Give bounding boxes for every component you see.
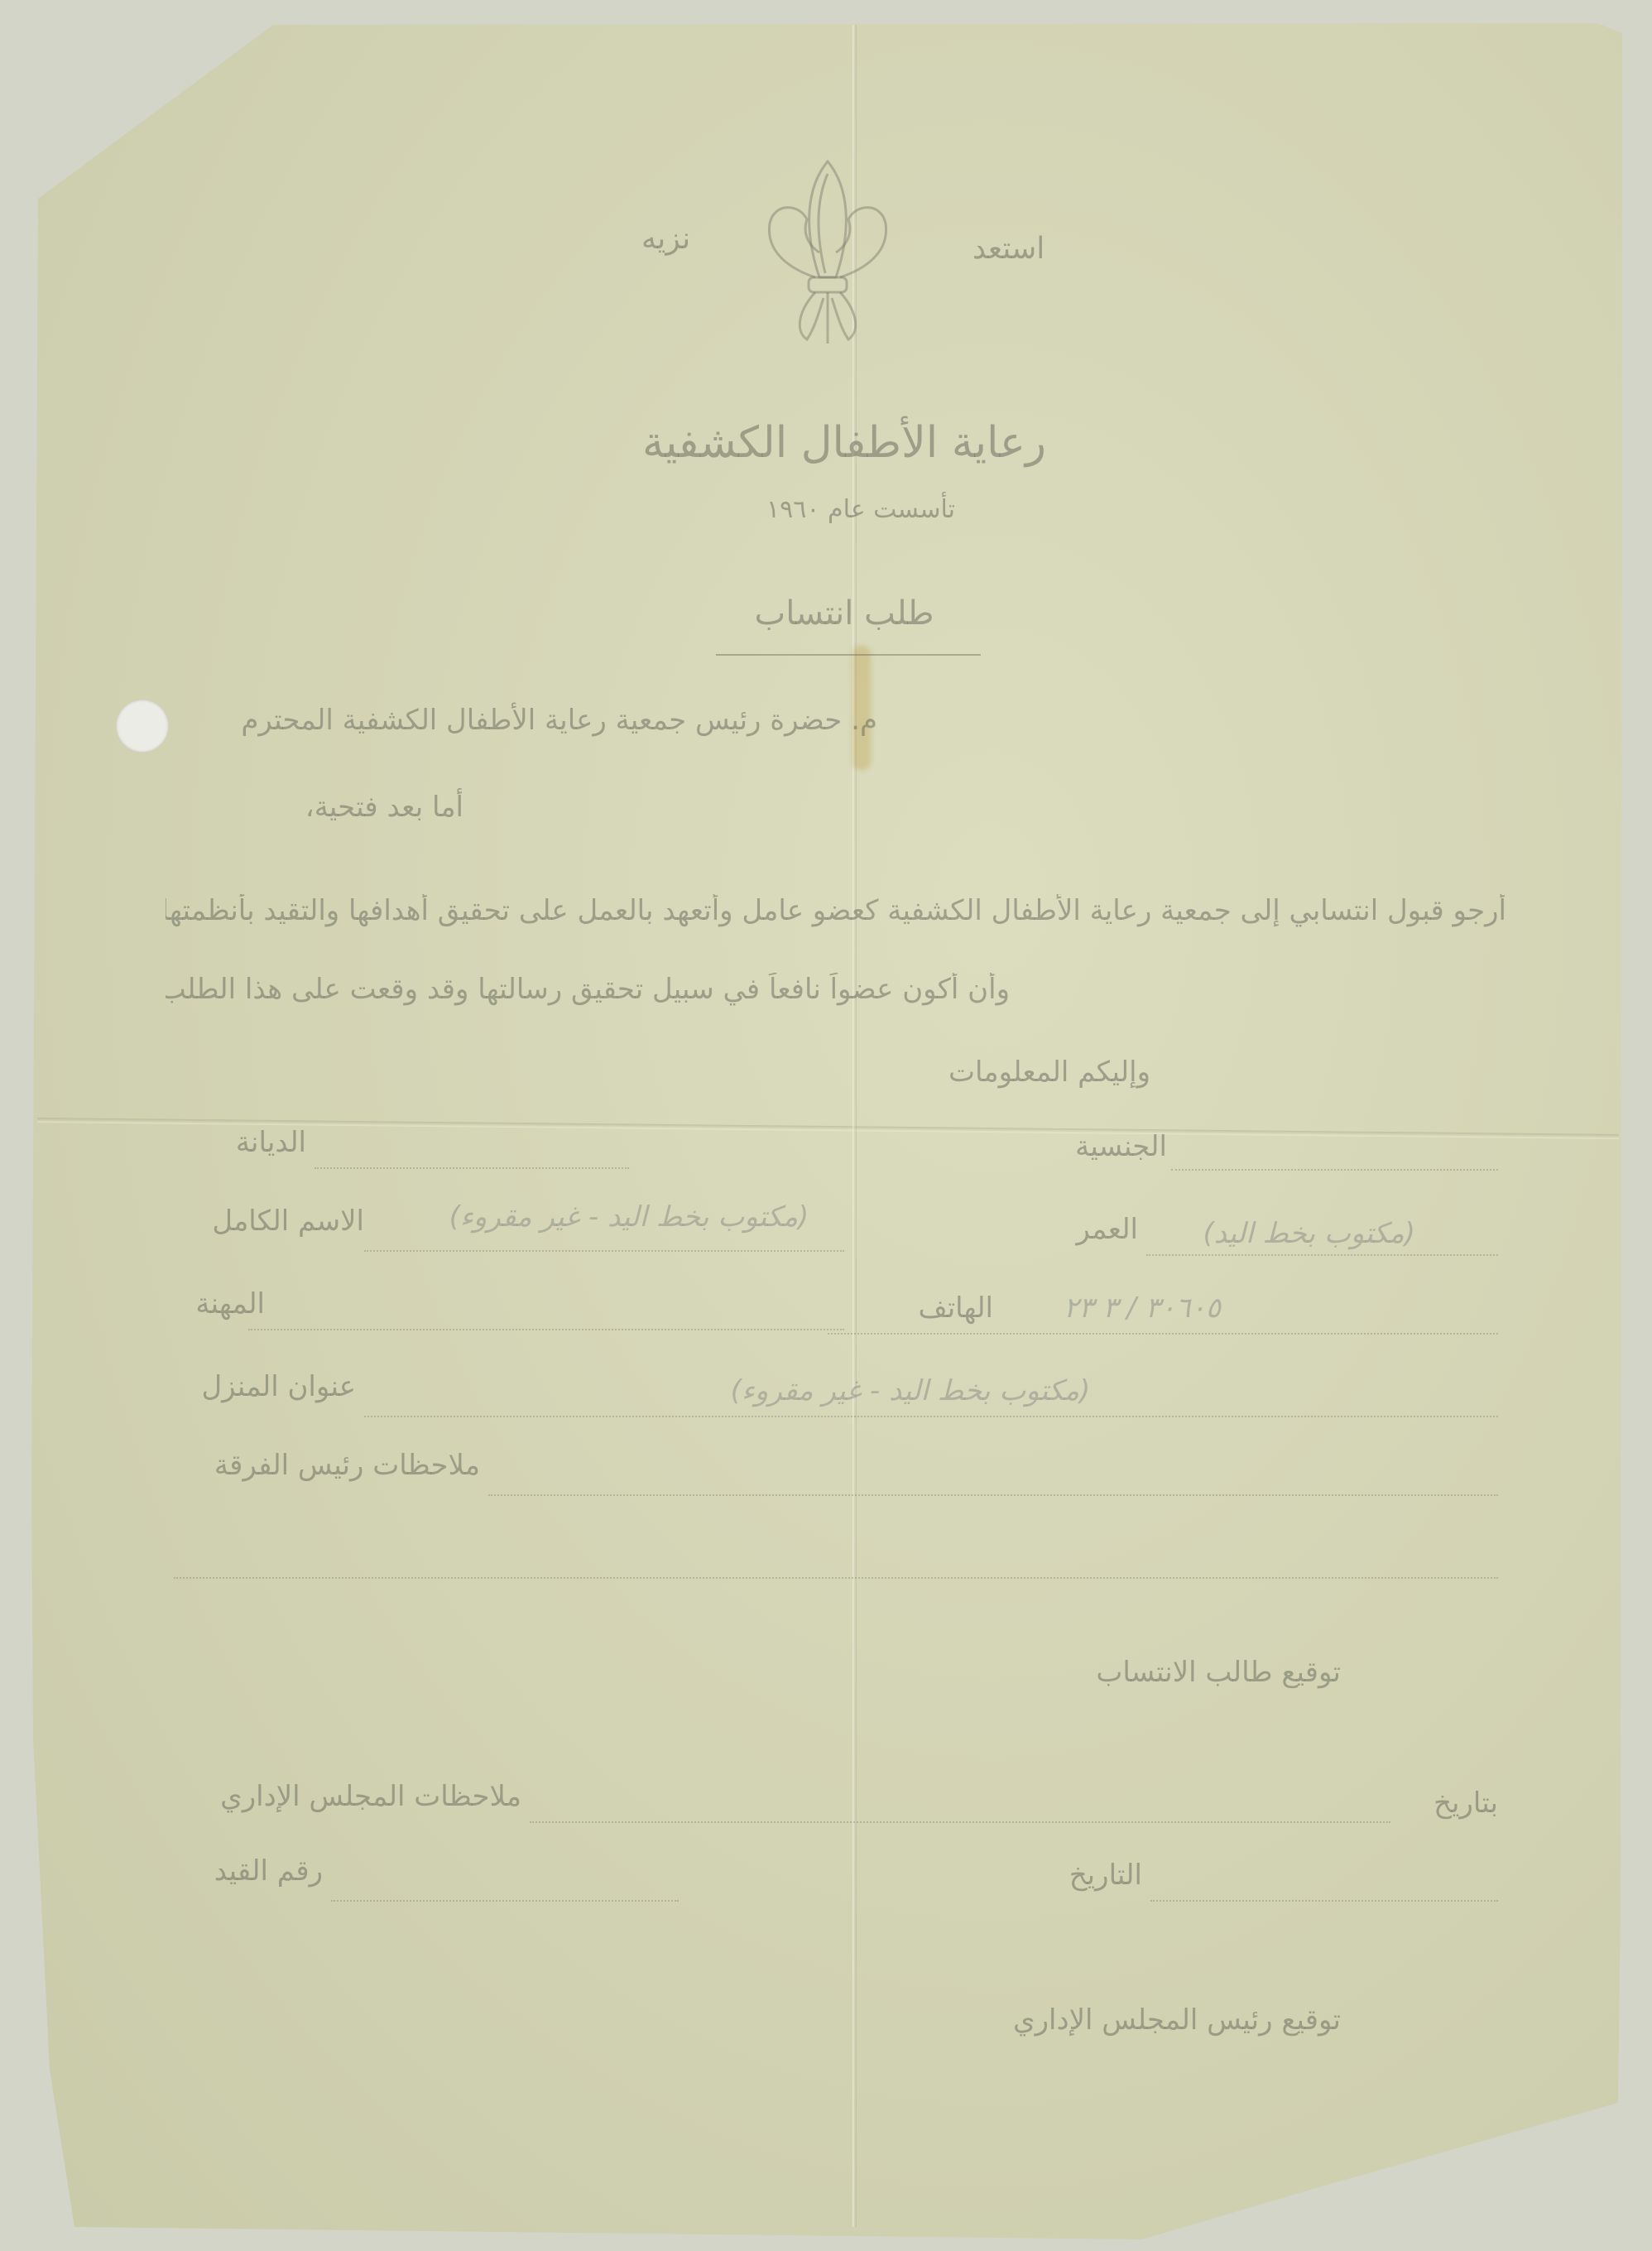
addressee: م. حضرة رئيس جمعية رعاية الأطفال الكشفية… xyxy=(364,704,877,737)
subtitle: تأسست عام ١٩٦٠ xyxy=(728,495,993,524)
field-value-full-name: (مكتوب بخط اليد - غير مقروء) xyxy=(397,1200,861,1234)
field-full-name-line[interactable] xyxy=(364,1250,844,1252)
field-age-line[interactable] xyxy=(1146,1254,1498,1256)
field-phone-line[interactable] xyxy=(828,1333,1498,1335)
field-profession-line[interactable] xyxy=(248,1329,844,1330)
field-label-nationality: الجنسية xyxy=(1043,1130,1167,1163)
document-page: استعد نزيه رعاية الأطفال الكشفية تأسست ع… xyxy=(0,0,1652,2251)
field-home-address-line[interactable] xyxy=(364,1416,1498,1417)
field-label-home-address: عنوان المنزل xyxy=(166,1370,356,1403)
applicant-signature-label: توقيع طالب الانتساب xyxy=(1026,1656,1341,1689)
registration-number-label: رقم القيد xyxy=(166,1854,323,1888)
field-label-troop-leader-notes: ملاحظات رئيس الفرقة xyxy=(166,1449,480,1482)
field-value-home-address: (مكتوب بخط اليد - غير مقروء) xyxy=(397,1374,1424,1407)
registration-number-line[interactable] xyxy=(331,1900,679,1902)
motto-right: استعد xyxy=(972,232,1045,266)
date-label: التاريخ xyxy=(1035,1859,1142,1892)
date-line[interactable] xyxy=(1150,1900,1498,1902)
field-label-phone: الهاتف xyxy=(869,1291,993,1325)
field-religion-line[interactable] xyxy=(315,1167,629,1169)
salutation: أما بعد فتحية، xyxy=(199,791,463,824)
motto-left: نزيه xyxy=(641,222,690,256)
punch-hole xyxy=(116,700,169,753)
field-notes-line-2[interactable] xyxy=(174,1577,1498,1579)
field-label-profession: المهنة xyxy=(166,1287,265,1320)
board-date-label: بتاريخ xyxy=(1399,1787,1498,1820)
body-line-2: وأن أكون عضواً نافعاً في سبيل تحقيق رسال… xyxy=(166,973,1010,1006)
field-nationality-line[interactable] xyxy=(1171,1169,1498,1171)
field-notes-line-1[interactable] xyxy=(488,1494,1498,1496)
field-label-religion: الديانة xyxy=(166,1126,306,1159)
board-notes-label: ملاحظات المجلس الإداري xyxy=(166,1780,521,1813)
heading-underline xyxy=(716,654,981,656)
info-intro: وإليكم المعلومات xyxy=(877,1056,1150,1089)
vertical-fold xyxy=(852,25,857,2227)
field-value-phone: ٣٠٦٠٥ / ٣ ٢٣ xyxy=(1026,1291,1258,1325)
page-title: رعاية الأطفال الكشفية xyxy=(612,418,1076,468)
fleur-de-lis-icon xyxy=(757,153,898,348)
board-notes-line[interactable] xyxy=(530,1821,1390,1823)
field-value-age: (مكتوب بخط اليد) xyxy=(1217,1217,1415,1250)
field-label-full-name: الاسم الكامل xyxy=(166,1205,364,1238)
body-line-1: أرجو قبول انتسابي إلى جمعية رعاية الأطفا… xyxy=(166,894,1506,927)
field-label-age: العمر xyxy=(1055,1213,1138,1246)
board-signature-label: توقيع رئيس المجلس الإداري xyxy=(1010,2003,1341,2037)
form-heading: طلب انتساب xyxy=(720,594,968,632)
